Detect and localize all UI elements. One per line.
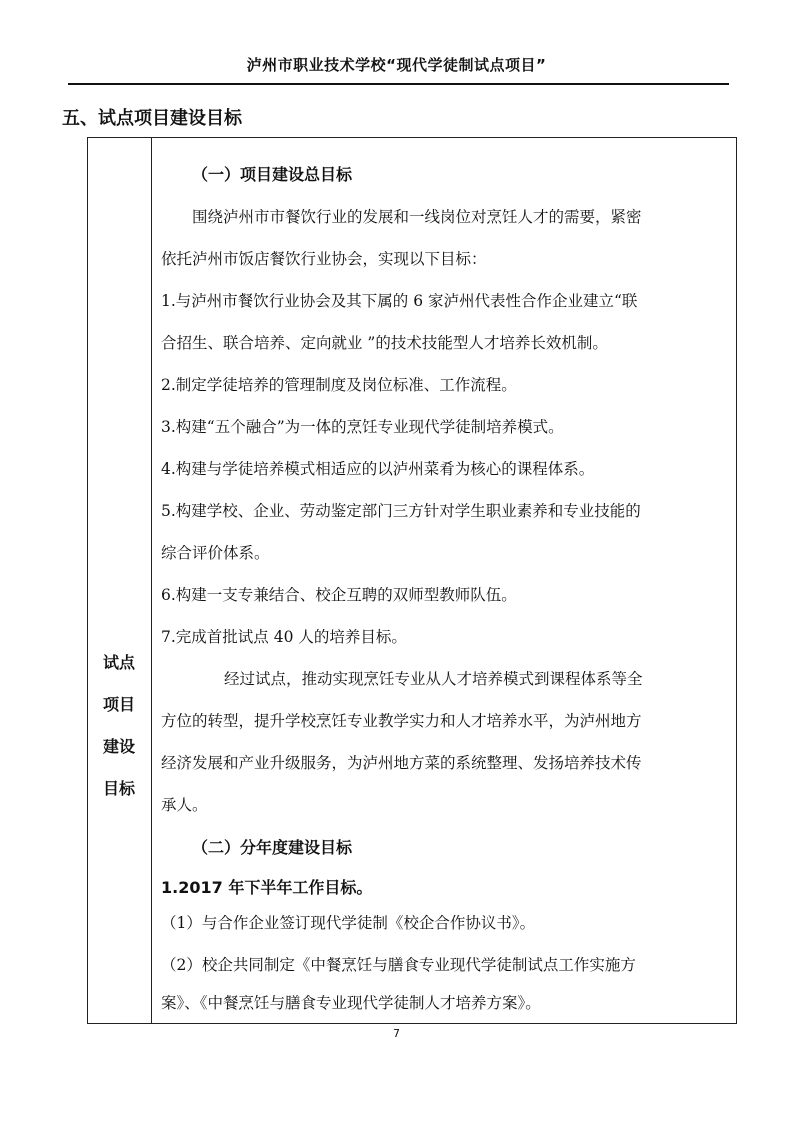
label-line: 目标 xyxy=(88,768,150,810)
summary-line: 承人。 xyxy=(161,793,208,815)
running-header: 泸州市职业技术学校“现代学徒制试点项目” xyxy=(0,54,793,75)
goal-line: 4.构建与学徒培养模式相适应的以泸州菜肴为核心的课程体系。 xyxy=(161,457,594,479)
label-line: 试点 xyxy=(88,642,150,684)
overall-goal-heading: （一）项目建设总目标 xyxy=(192,162,352,185)
annual-item: （2）校企共同制定《中餐烹饪与膳食专业现代学徒制试点工作实施方 xyxy=(161,953,636,975)
label-line: 建设 xyxy=(88,726,150,768)
annual-subheading: 1.2017 年下半年工作目标。 xyxy=(161,875,372,898)
goal-line: 3.构建“五个融合”为一体的烹饪专业现代学徒制培养模式。 xyxy=(161,415,564,437)
label-line: 项目 xyxy=(88,684,150,726)
section-title: 五、试点项目建设目标 xyxy=(62,104,242,130)
goal-line: 2.制定学徒培养的管理制度及岗位标准、工作流程。 xyxy=(161,373,517,395)
annual-item: 案》、《中餐烹饪与膳食专业现代学徒制人才培养方案》。 xyxy=(161,991,541,1013)
intro-line: 依托泸州市饭店餐饮行业协会，实现以下目标： xyxy=(161,247,487,269)
goal-line: 合招生、联合培养、定向就业 ”的技术技能型人才培养长效机制。 xyxy=(161,331,608,353)
content-column: （一）项目建设总目标 围绕泸州市市餐饮行业的发展和一线岗位对烹饪人才的需要，紧密… xyxy=(152,138,737,1023)
goal-line: 6.构建一支专兼结合、校企互聘的双师型教师队伍。 xyxy=(161,583,517,605)
summary-line: 经过试点，推动实现烹饪专业从人才培养模式到课程体系等全 xyxy=(224,667,643,689)
goal-line: 综合评价体系。 xyxy=(161,541,270,563)
goal-line: 5.构建学校、企业、劳动鉴定部门三方针对学生职业素养和专业技能的 xyxy=(161,499,641,521)
label-column: 试点 项目 建设 目标 xyxy=(88,138,152,1023)
summary-line: 方位的转型，提升学校烹饪专业教学实力和人才培养水平，为泸州地方 xyxy=(161,709,642,731)
summary-line: 经济发展和产业升级服务，为泸州地方菜的系统整理、发扬培养技术传 xyxy=(161,751,642,773)
goal-table: 试点 项目 建设 目标 （一）项目建设总目标 围绕泸州市市餐饮行业的发展和一线岗… xyxy=(87,137,737,1024)
row-label: 试点 项目 建设 目标 xyxy=(88,642,150,810)
annual-goal-heading: （二）分年度建设目标 xyxy=(192,835,352,858)
page-number: 7 xyxy=(0,1027,793,1040)
goal-line: 1.与泸州市餐饮行业协会及其下属的 6 家泸州代表性合作企业建立“联 xyxy=(161,289,637,311)
goal-line: 7.完成首批试点 40 人的培养目标。 xyxy=(161,625,407,647)
intro-line: 围绕泸州市市餐饮行业的发展和一线岗位对烹饪人才的需要，紧密 xyxy=(192,205,642,227)
header-rule xyxy=(68,83,729,85)
annual-item: （1）与合作企业签订现代学徒制《校企合作协议书》。 xyxy=(161,911,535,933)
